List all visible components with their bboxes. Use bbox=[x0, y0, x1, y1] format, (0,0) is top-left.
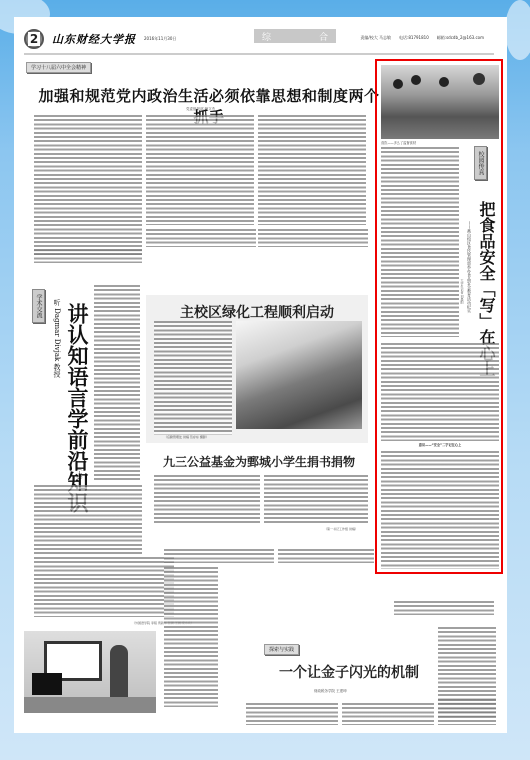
food-safety-photo bbox=[381, 65, 499, 139]
lead-article-tail-0 bbox=[34, 249, 142, 263]
academic-article-body-2 bbox=[34, 557, 174, 617]
sky-cloud bbox=[505, 0, 530, 60]
monitor bbox=[32, 673, 62, 695]
explore-body-1 bbox=[246, 703, 338, 725]
food-safety-subtitle: ——燕山校区食饮管理部举办食品安全教育活动纪实 bbox=[466, 221, 472, 313]
desk bbox=[24, 697, 156, 713]
lead-article-column-3 bbox=[258, 115, 366, 225]
food-safety-byline: 大学生记者 刘晨阳 bbox=[460, 279, 464, 304]
explore-intro-1 bbox=[164, 549, 274, 563]
page-header: 2 山东财经大学报 2016年11月30日 综 合 责编/校大 马志敏 电话:8… bbox=[24, 29, 494, 49]
donation-headline: 九三公益基金为鄄城小学生捐书捐物 bbox=[154, 453, 364, 470]
highlighted-article-frame[interactable]: 食饮——多么了监督食材 校园传真 把食品安全「写」在心上 ——燕山校区食饮管理部… bbox=[375, 59, 503, 574]
lead-article-column-1 bbox=[34, 115, 142, 255]
column-tag-academic: 学术交流 bbox=[32, 289, 45, 323]
explore-headline: 一个让金子闪光的机制 bbox=[264, 662, 434, 682]
donation-credit: （第一书记工作组 供稿） bbox=[324, 527, 358, 531]
food-safety-body-lower bbox=[381, 343, 499, 441]
academic-article-column bbox=[94, 285, 140, 481]
greening-headline: 主校区绿化工程顺利启动 bbox=[146, 302, 368, 322]
academic-article-body-1 bbox=[34, 485, 142, 555]
page-number-badge: 2 bbox=[24, 29, 44, 49]
section-banner: 综 合 bbox=[254, 29, 336, 43]
column-tag-campus: 校园传真 bbox=[474, 146, 487, 180]
explore-intro-2 bbox=[278, 549, 374, 563]
food-safety-section-heading: 意识——“安全”二字记在心上 bbox=[381, 443, 499, 449]
donation-body-2 bbox=[264, 475, 368, 525]
speaker-figure bbox=[110, 645, 128, 701]
explore-byline: 财政税务学院 王建坤 bbox=[314, 689, 347, 694]
academic-part: （上） bbox=[74, 465, 83, 483]
food-safety-body-end bbox=[381, 451, 499, 569]
speaker-name: 听 Dagmar Divjak 教授 bbox=[52, 299, 62, 378]
lead-article-column-2 bbox=[146, 115, 254, 225]
newspaper-page: 2 山东财经大学报 2016年11月30日 综 合 责编/校大 马志敏 电话:8… bbox=[14, 17, 507, 733]
lead-byline: 党委组织部 韩文杰 bbox=[186, 107, 215, 112]
column-tag-explore: 探索与实践 bbox=[264, 644, 299, 655]
person-head bbox=[411, 75, 421, 85]
issue-date: 2016年11月30日 bbox=[144, 36, 176, 42]
explore-column-1 bbox=[164, 567, 218, 707]
explore-body-3 bbox=[394, 601, 494, 615]
greening-credit: （后勤管理处 供稿 范存东 摄影） bbox=[164, 435, 209, 439]
person-head bbox=[473, 73, 485, 85]
food-safety-body-col bbox=[381, 147, 459, 337]
donation-body-1 bbox=[154, 475, 260, 525]
column-tag: 学习十八届六中全会精神 bbox=[26, 62, 91, 73]
editor-info: 责编/校大 马志敏 电话:81791810 邮箱:sdcdb_2@163.com bbox=[360, 35, 484, 41]
explore-body-2 bbox=[342, 703, 434, 725]
person-head bbox=[439, 77, 449, 87]
masthead: 山东财经大学报 bbox=[52, 31, 136, 47]
header-divider bbox=[24, 53, 494, 55]
lead-article-tail-2 bbox=[258, 229, 368, 247]
explore-body-5 bbox=[438, 699, 496, 725]
greening-photo bbox=[236, 321, 362, 429]
lead-article-tail-1 bbox=[146, 229, 256, 247]
person-head bbox=[393, 79, 403, 89]
lecture-photo bbox=[24, 631, 156, 713]
greening-body bbox=[154, 321, 232, 435]
